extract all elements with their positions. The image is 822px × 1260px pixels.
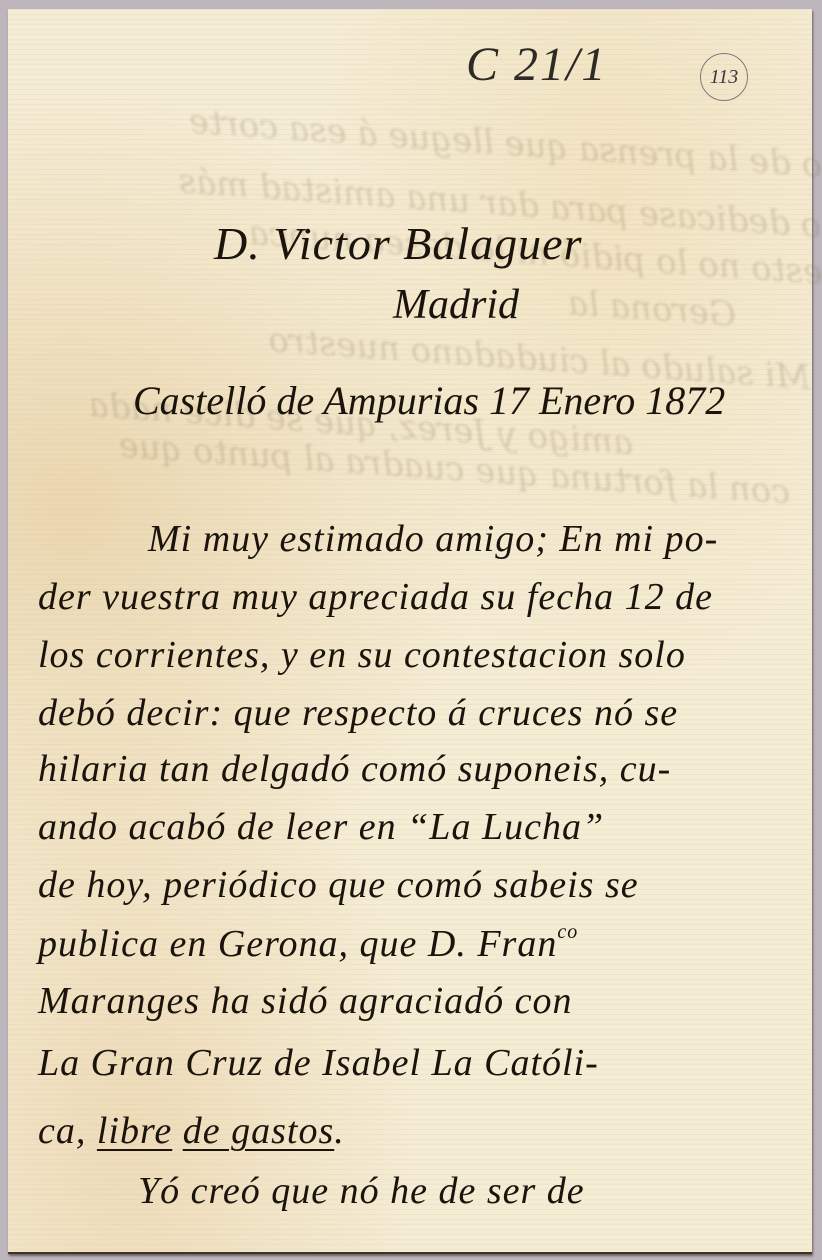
body-line: ando acabó de leer en “La Lucha” — [38, 805, 604, 849]
period: . — [334, 1110, 345, 1152]
addressee-name: D. Victor Balaguer — [214, 217, 582, 270]
body-line: los corrientes, y en su contestacion sol… — [38, 633, 686, 677]
body-line: der vuestra muy apreciada su fecha 12 de — [38, 575, 713, 619]
body-line: Yó creó que nó he de ser de — [138, 1169, 585, 1213]
folio-number-stamp: 113 — [700, 53, 748, 101]
dateline: Castelló de Ampurias 17 Enero 1872 — [133, 377, 725, 424]
body-line: Mi muy estimado amigo; En mi po- — [148, 517, 718, 561]
body-line-text: publica en Gerona, que D. Fran — [38, 923, 557, 965]
addressee-city: Madrid — [393, 281, 519, 329]
closing-fragment: ca, — [38, 1110, 97, 1152]
abbreviation-superscript: co — [557, 921, 578, 943]
underlined-word: de gastos — [183, 1110, 335, 1152]
body-line: de hoy, periódico que comó sabeis se — [38, 863, 639, 907]
underlined-word: libre — [97, 1110, 172, 1152]
body-line: La Gran Cruz de Isabel La Católi- — [38, 1041, 599, 1085]
bleed-through-line: Gerona la — [567, 283, 738, 335]
body-line: debó decir: que respecto á cruces nó se — [38, 691, 678, 735]
catalog-number: C 21/1 — [466, 37, 607, 92]
letter-page: por medio de la prensa que llegue á esa … — [8, 9, 812, 1254]
body-line: hilaria tan delgadó comó suponeis, cu- — [38, 747, 671, 791]
body-line: publica en Gerona, que D. Franco — [38, 921, 578, 966]
body-line: ca, libre de gastos. — [38, 1109, 345, 1153]
body-line: Maranges ha sidó agraciadó con — [38, 979, 573, 1023]
